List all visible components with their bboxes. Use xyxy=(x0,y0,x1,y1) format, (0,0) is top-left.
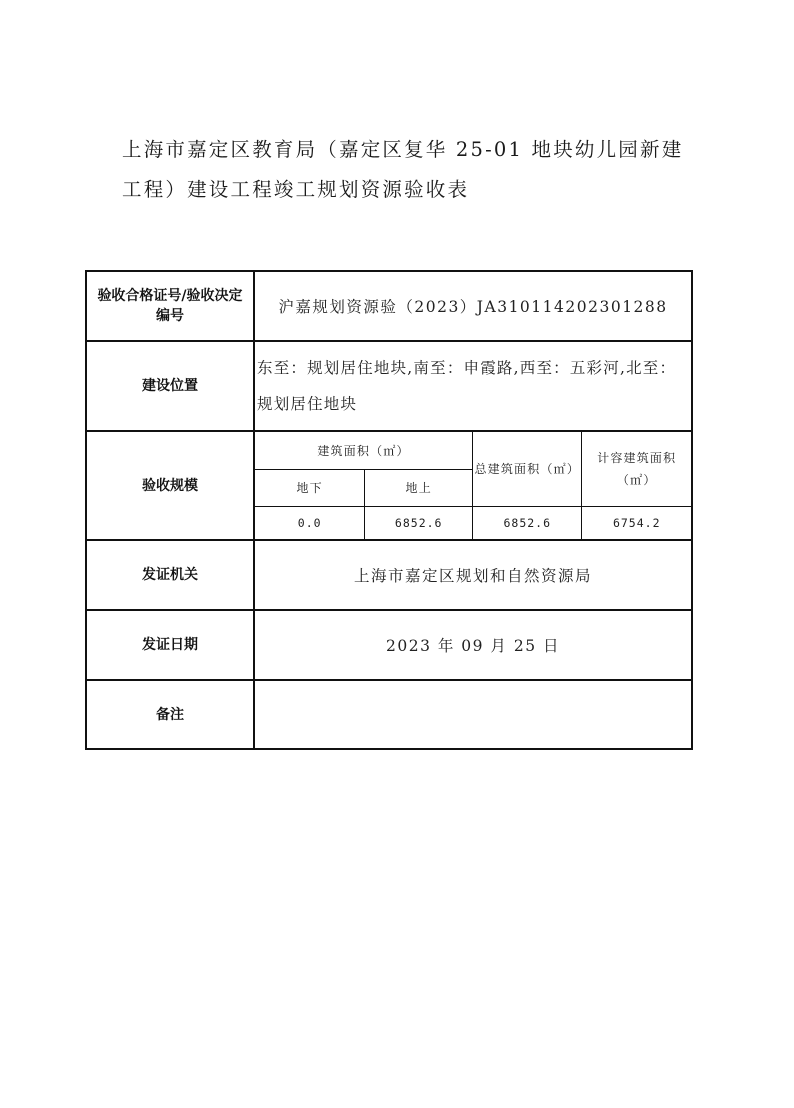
remarks-label: 备注 xyxy=(86,680,254,749)
certificate-number-label: 验收合格证号/验收决定编号 xyxy=(86,271,254,341)
row-issuing-authority: 发证机关 上海市嘉定区规划和自然资源局 xyxy=(86,540,692,610)
row-certificate-number: 验收合格证号/验收决定编号 沪嘉规划资源验（2023）JA31011420230… xyxy=(86,271,692,341)
document-title: 上海市嘉定区教育局（嘉定区复华 25-01 地块幼儿园新建工程）建设工程竣工规划… xyxy=(122,130,692,210)
acceptance-scale-cell: 建筑面积（㎡） 总建筑面积（㎡） 计容建筑面积（㎡） 地下 地上 0.0 685… xyxy=(254,431,692,540)
location-label: 建设位置 xyxy=(86,341,254,431)
aboveground-value: 6852.6 xyxy=(365,506,473,539)
remarks-value xyxy=(254,680,692,749)
issue-date-label: 发证日期 xyxy=(86,610,254,680)
row-location: 建设位置 东至：规划居住地块,南至：申霞路,西至：五彩河,北至：规划居住地块 xyxy=(86,341,692,431)
certificate-number-value: 沪嘉规划资源验（2023）JA310114202301288 xyxy=(254,271,692,341)
issue-date-value: 2023 年 09 月 25 日 xyxy=(254,610,692,680)
total-area-header: 总建筑面积（㎡） xyxy=(473,432,582,506)
location-value: 东至：规划居住地块,南至：申霞路,西至：五彩河,北至：规划居住地块 xyxy=(254,341,692,431)
acceptance-scale-label: 验收规模 xyxy=(86,431,254,540)
aboveground-header: 地上 xyxy=(365,469,473,506)
row-issue-date: 发证日期 2023 年 09 月 25 日 xyxy=(86,610,692,680)
far-area-header: 计容建筑面积（㎡） xyxy=(582,432,691,506)
scale-subtable: 建筑面积（㎡） 总建筑面积（㎡） 计容建筑面积（㎡） 地下 地上 0.0 685… xyxy=(255,432,691,539)
issuing-authority-value: 上海市嘉定区规划和自然资源局 xyxy=(254,540,692,610)
total-area-value: 6852.6 xyxy=(473,506,582,539)
issuing-authority-label: 发证机关 xyxy=(86,540,254,610)
underground-value: 0.0 xyxy=(255,506,365,539)
row-acceptance-scale: 验收规模 建筑面积（㎡） 总建筑面积（㎡） 计容建筑面积（㎡） 地下 地上 0.… xyxy=(86,431,692,540)
underground-header: 地下 xyxy=(255,469,365,506)
row-remarks: 备注 xyxy=(86,680,692,749)
acceptance-form-table: 验收合格证号/验收决定编号 沪嘉规划资源验（2023）JA31011420230… xyxy=(85,270,693,750)
building-area-header: 建筑面积（㎡） xyxy=(255,432,473,469)
far-area-value: 6754.2 xyxy=(582,506,691,539)
